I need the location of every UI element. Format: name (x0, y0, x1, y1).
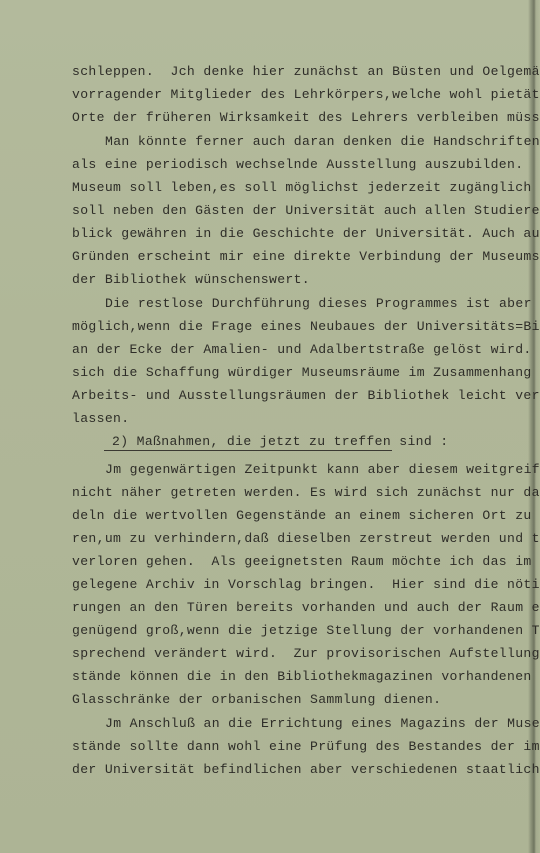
text-line: möglich,wenn die Frage eines Neubaues de… (72, 319, 540, 335)
text-line: genügend groß,wenn die jetzige Stellung … (72, 623, 540, 639)
text-line: sprechend verändert wird. Zur provisoris… (72, 646, 540, 662)
text-line: stände sollte dann wohl eine Prüfung des… (72, 739, 540, 755)
text-line: lassen. (72, 411, 129, 427)
text-line: soll neben den Gästen der Universität au… (72, 203, 540, 219)
text-line: schleppen. Jch denke hier zunächst an Bü… (72, 64, 540, 80)
text-line: gelegene Archiv in Vorschlag bringen. Hi… (72, 577, 540, 593)
text-line: nicht näher getreten werden. Es wird sic… (72, 485, 540, 501)
text-line: deln die wertvollen Gegenstände an einem… (72, 508, 540, 524)
text-line: Museum soll leben,es soll möglichst jede… (72, 180, 540, 196)
text-line: Orte der früheren Wirksamkeit des Lehrer… (72, 110, 540, 126)
text-line: blick gewähren in die Geschichte der Uni… (72, 226, 540, 242)
text-line: Jm Anschluß an die Errichtung eines Maga… (105, 716, 540, 732)
text-line: Die restlose Durchführung dieses Program… (105, 296, 540, 312)
text-line: der Bibliothek wünschenswert. (72, 272, 310, 288)
text-line: verloren gehen. Als geeignetsten Raum mö… (72, 554, 540, 570)
text-line: rungen an den Türen bereits vorhanden un… (72, 600, 540, 616)
text-line: der Universität befindlichen aber versch… (72, 762, 540, 778)
text-line: Man könnte ferner auch daran denken die … (105, 134, 540, 150)
text-line: Jm gegenwärtigen Zeitpunkt kann aber die… (105, 462, 540, 478)
text-line: vorragender Mitglieder des Lehrkörpers,w… (72, 87, 540, 103)
text-line: Gründen erscheint mir eine direkte Verbi… (72, 249, 540, 265)
typewritten-page: schleppen. Jch denke hier zunächst an Bü… (0, 0, 540, 853)
text-line: Glasschränke der orbanischen Sammlung di… (72, 692, 441, 708)
text-line: als eine periodisch wechselnde Ausstellu… (72, 157, 540, 173)
heading-underline (104, 450, 392, 451)
text-line: an der Ecke der Amalien- und Adalbertstr… (72, 342, 540, 358)
text-line: stände können die in den Bibliothekmagaz… (72, 669, 540, 685)
text-line: Arbeits- und Ausstellungsräumen der Bibl… (72, 388, 540, 404)
section-heading: 2) Maßnahmen, die jetzt zu treffen sind … (112, 434, 449, 450)
text-line: ren,um zu verhindern,daß dieselben zerst… (72, 531, 540, 547)
text-line: sich die Schaffung würdiger Museumsräume… (72, 365, 540, 381)
